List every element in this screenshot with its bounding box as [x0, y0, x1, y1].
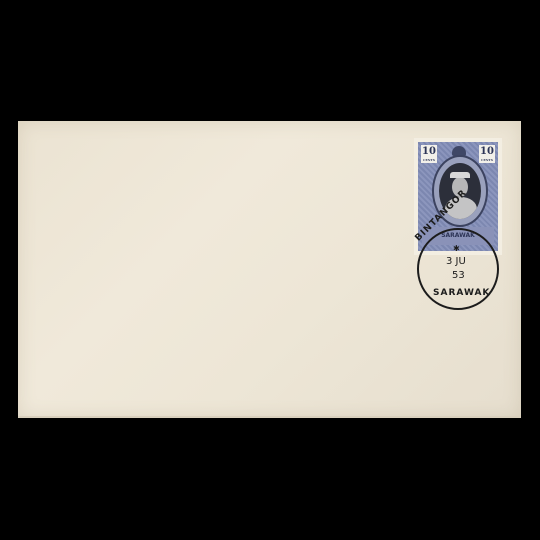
stamp-value-left: 10CENTS: [421, 145, 437, 163]
postmark-year: 53: [452, 270, 465, 281]
postmark-state: SARAWAK: [433, 288, 490, 298]
tiara-icon: [450, 172, 470, 178]
stamp-value-right: 10CENTS: [479, 145, 495, 163]
star-icon: ✱: [453, 244, 460, 253]
postmark-date: 3 JU: [446, 256, 466, 267]
postmark: BINTANGOR ✱ 3 JU 53 SARAWAK: [417, 228, 499, 310]
